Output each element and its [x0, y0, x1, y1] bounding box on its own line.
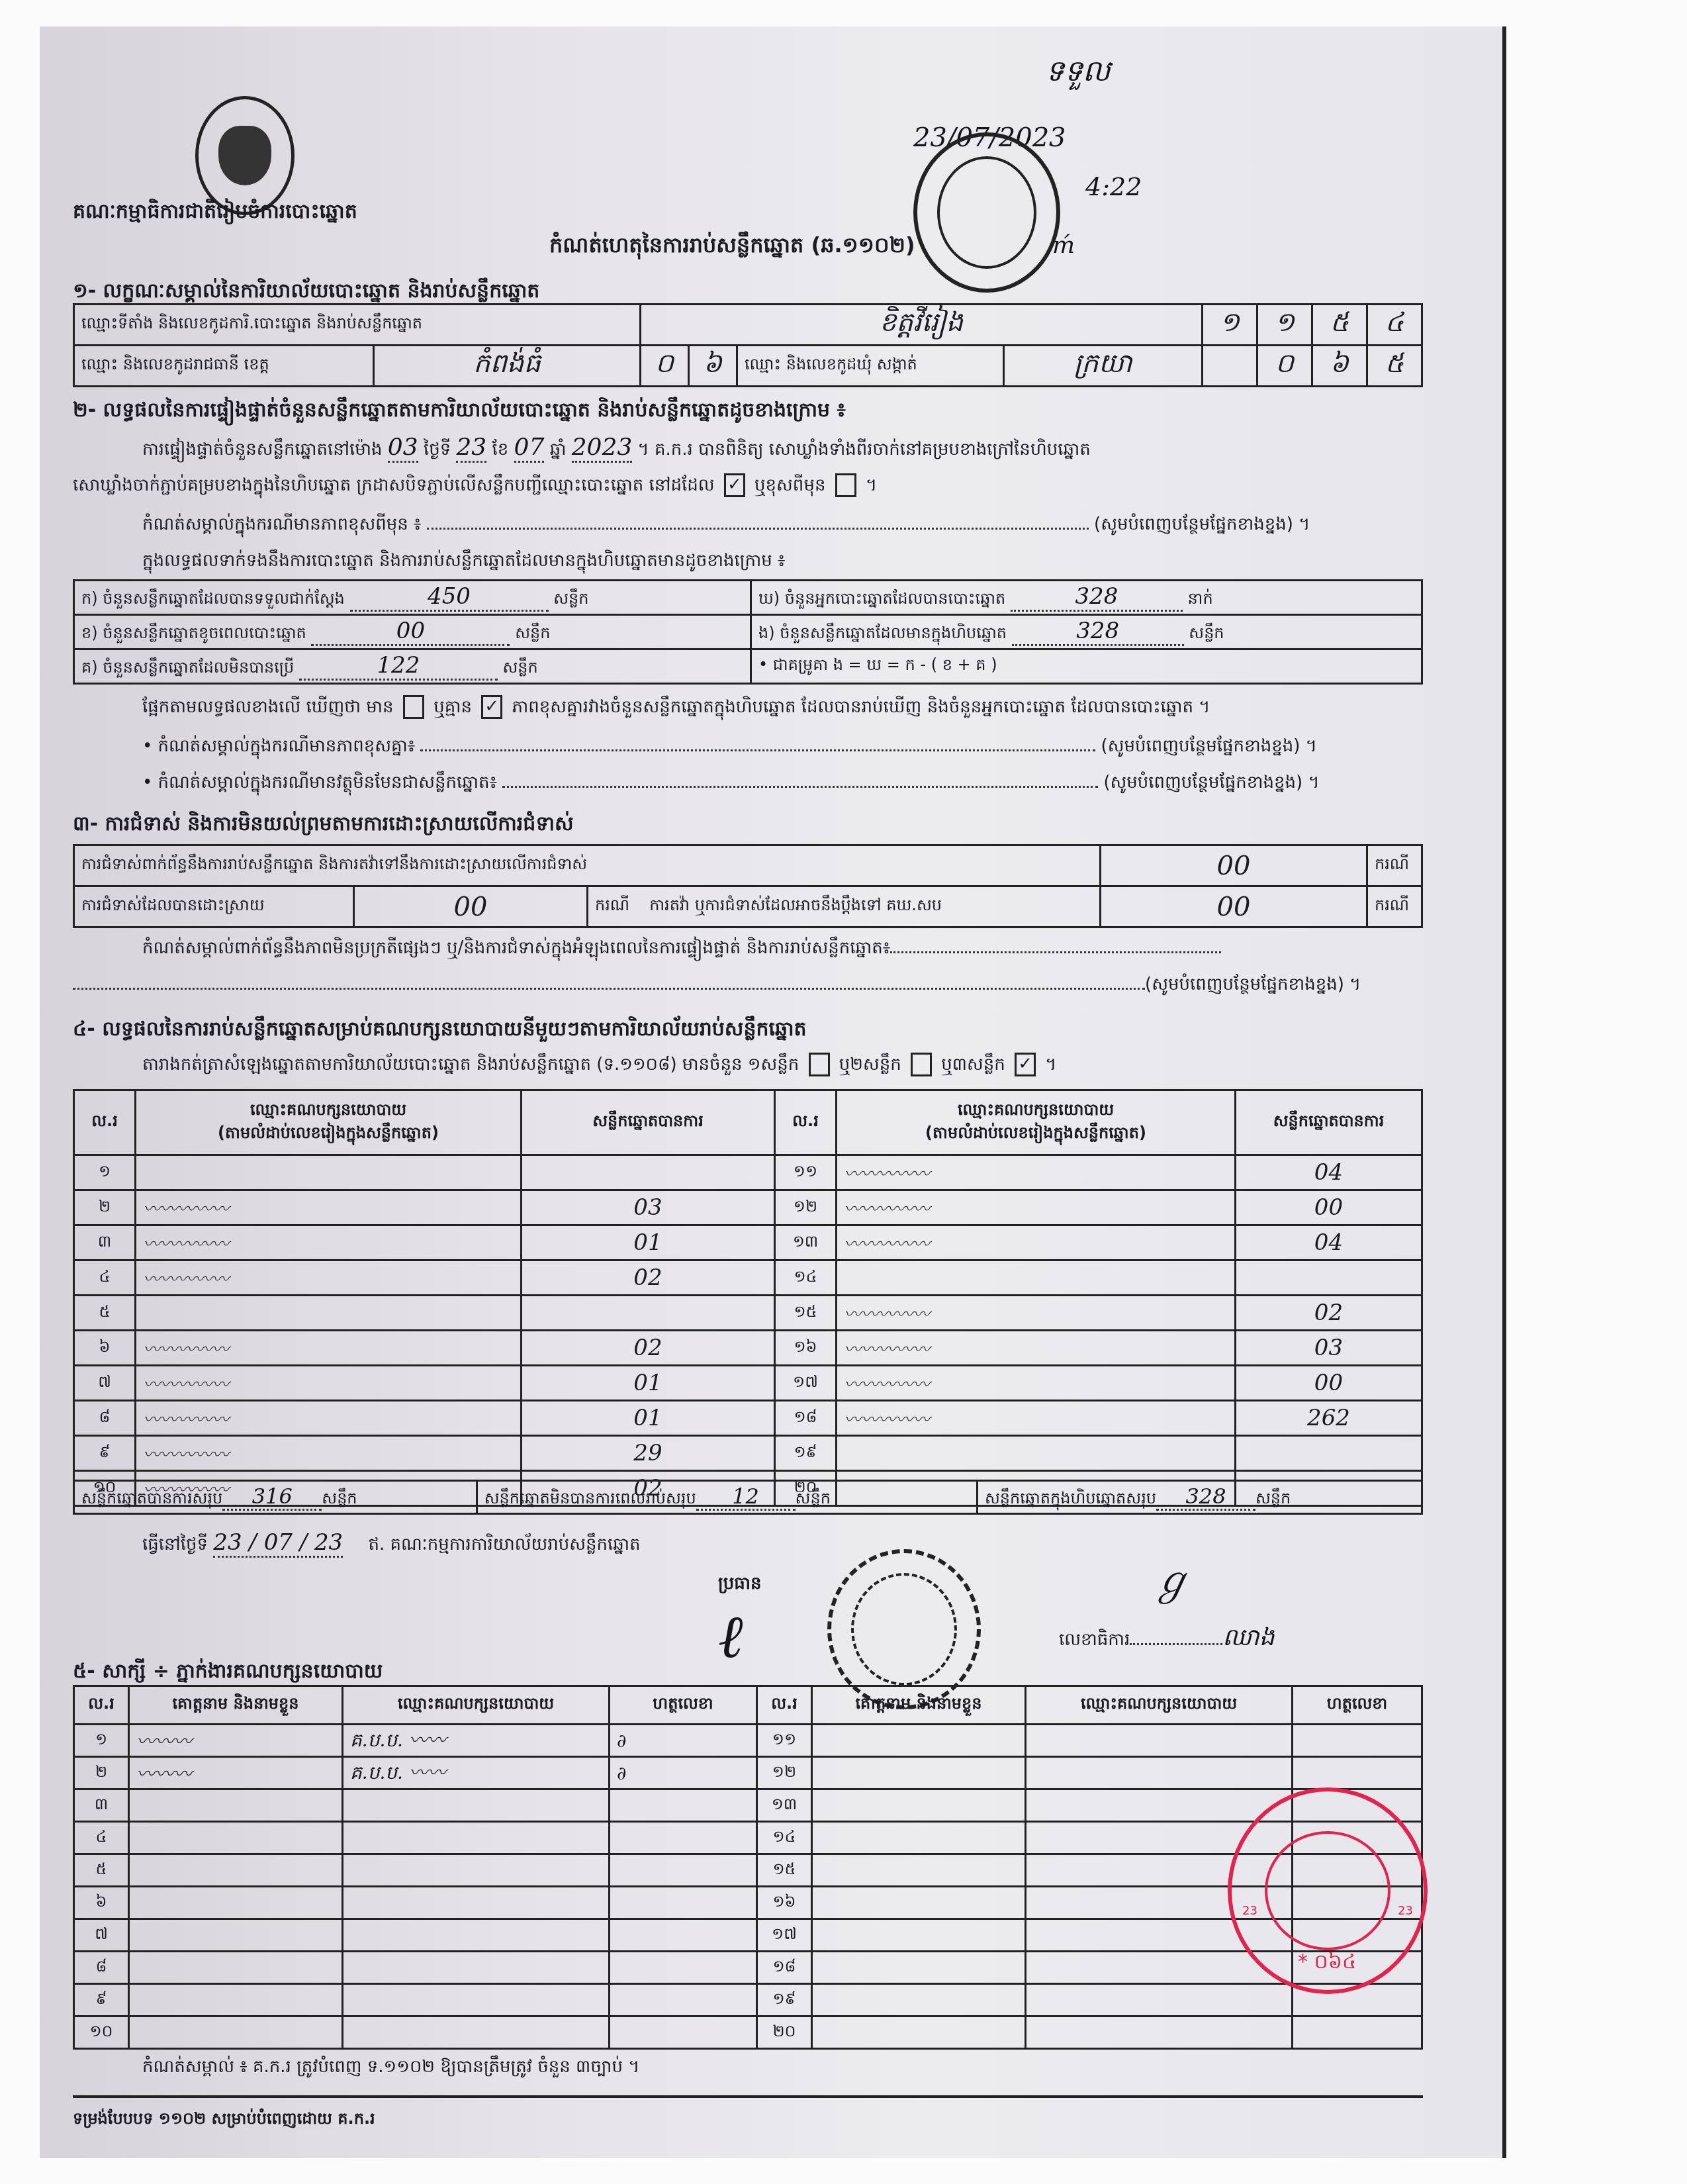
verification-text: ការផ្ទៀងផ្ទាត់ចំនួនសន្លឹកឆ្នោតនៅម៉ោង [142, 440, 383, 459]
vote-count [1236, 1260, 1422, 1296]
page-edge [1502, 26, 1506, 2158]
party-name: 〰〰〰〰〰 [136, 1260, 522, 1296]
row-number: ១៦ [757, 1887, 812, 1919]
unit-label: ករណី [1367, 886, 1422, 927]
section4-heading: ៤- លទ្ធផលនៃការរាប់សន្លឹកឆ្នោតសម្រាប់គណបក… [73, 1016, 807, 1045]
party-name: 〰〰〰〰〰 [837, 1190, 1236, 1225]
party-name: 〰〰〰〰〰 [837, 1296, 1236, 1331]
vote-count: 02 [522, 1331, 775, 1366]
province-code-digit: ៦ [689, 346, 737, 387]
objections-label: ការជំទាស់ពាក់ព័ន្ធនឹងការរាប់សន្លឹកឆ្នោត … [74, 845, 1101, 886]
row-number: ៨ [74, 1401, 136, 1436]
row-number: ១ [74, 1155, 136, 1190]
date-value: 23 / 07 / 23 [213, 1529, 343, 1558]
witness-name [812, 1822, 1026, 1854]
row-number: ១១ [775, 1155, 837, 1190]
year-label: ឆ្នាំ [550, 440, 567, 459]
row-number: ១០ [74, 2017, 129, 2049]
different-checkbox[interactable] [835, 473, 856, 497]
party-name: 〰〰〰〰〰 [837, 1225, 1236, 1260]
witness-name [812, 1984, 1026, 2017]
fill-more-note: (សូមបំពេញបន្ថែមផ្នែកខាងខ្នង) ។ [1094, 514, 1310, 534]
row-number: ១៩ [757, 1984, 812, 2017]
month-field: 07 [514, 434, 545, 463]
row-number: ៣ [74, 1225, 136, 1260]
row-number: ១៣ [775, 1225, 837, 1260]
discrepancy-yes-checkbox[interactable] [403, 695, 424, 719]
witness-signature [610, 1854, 757, 1887]
row-number: ៨ [74, 1952, 129, 1984]
fill-more-note: (សូមបំពេញបន្ថែមផ្នែកខាងខ្នង) ។ [1103, 773, 1319, 792]
witness-name [129, 1854, 343, 1887]
party-name: 〰〰〰〰〰 [837, 1155, 1236, 1190]
count-e-label: ង) ចំនួនសន្លឹកឆ្នោតដែលមានក្នុងហិបឆ្នោត 3… [751, 615, 1422, 649]
witness-party [343, 1822, 610, 1854]
col-party: ឈ្មោះគណបក្សនយោបាយ [1026, 1686, 1293, 1725]
col-name: គោត្តនាម និងនាមខ្លួន [129, 1686, 343, 1725]
row-number: ១៤ [757, 1822, 812, 1854]
total-invalid-value: 12 [696, 1484, 796, 1511]
verification-line-1: ការផ្ទៀងផ្ទាត់ចំនួនសន្លឹកឆ្នោតនៅម៉ោង 03 … [142, 434, 1091, 463]
row-number: ៩ [74, 1436, 136, 1471]
witness-name [129, 1984, 343, 2017]
col-name: គោត្តនាម និងនាមខ្លួន [812, 1686, 1026, 1725]
objections-value: 00 [1101, 845, 1367, 886]
row-number: ៥ [74, 1854, 129, 1887]
objections-table: ការជំទាស់ពាក់ព័ន្ធនឹងការរាប់សន្លឹកឆ្នោត … [73, 844, 1423, 928]
formula: • ជាគម្រូគា ង = ឃ = ក - ( ខ + គ ) [751, 649, 1422, 684]
witness-party [343, 1887, 610, 1919]
stamp-number: 23 [1398, 1904, 1413, 1918]
sheet-count-line: តារាងកត់ត្រាសំឡេងឆ្នោតតាមការិយាល័យបោះឆ្ន… [142, 1053, 1056, 1078]
three-sheet-checkbox[interactable]: ✓ [1015, 1053, 1036, 1076]
commune-value: ក្រយា [1004, 346, 1203, 387]
irregularity-note: កំណត់សម្គាល់ពាក់ព័ន្ធនឹងភាពមិនប្រក្រតីផ្… [142, 937, 1426, 962]
hour-field: 03 [388, 434, 418, 463]
count-b-value: 00 [311, 618, 510, 646]
stamp-number: 23 [1242, 1904, 1257, 1918]
discrepancy-line: ផ្អែកតាមលទ្ធផលខាងលើ ឃើញថា មាន ឬគ្មាន ✓ ភ… [142, 695, 1210, 721]
three-sheet-label: ឬ៣សន្លឹក [941, 1055, 1005, 1074]
table-row: ៦១៦ [74, 1887, 1422, 1919]
vote-count [522, 1155, 775, 1190]
row-number: ៦ [74, 1887, 129, 1919]
commune-code-digit: ៦ [1312, 346, 1367, 387]
count-d-label: ឃ) ចំនួនអ្នកបោះឆ្នោតដែលបានបោះឆ្នោត 328 ន… [751, 581, 1422, 615]
party-name: 〰〰〰〰〰 [136, 1366, 522, 1401]
table-row: ៨〰〰〰〰〰01១៨〰〰〰〰〰262 [74, 1401, 1422, 1436]
table-row: ៧១៧ [74, 1919, 1422, 1952]
vote-count: 04 [1236, 1155, 1422, 1190]
year-field: 2023 [572, 434, 633, 463]
province-code-digit: ០ [641, 346, 689, 387]
vote-count: 29 [522, 1436, 775, 1471]
row-number: ១៩ [775, 1436, 837, 1471]
party-name: 〰〰〰〰〰 [837, 1366, 1236, 1401]
party-name [837, 1260, 1236, 1296]
witness-party: គ.ប.ប. 〰〰 [343, 1757, 610, 1789]
section2-heading: ២- លទ្ធផលនៃការផ្ទៀងផ្ទាត់ចំនួនសន្លឹកឆ្នោ… [73, 397, 846, 426]
code-digit: ៤ [1367, 305, 1422, 346]
appeal-label: ករណីការតវ៉ា ឬការជំទាស់ដែលអាចនឹងប្តឹងទៅ គ… [588, 886, 1101, 927]
witness-name [812, 1854, 1026, 1887]
table-row: ៩១៩ [74, 1984, 1422, 2017]
count-c-value: 122 [299, 652, 498, 681]
bullet-note-2: • កំណត់សម្គាល់ក្នុងករណីមានវត្ថុមិនមែនជាស… [142, 771, 1426, 796]
witness-signature [610, 2017, 757, 2049]
witness-party [1026, 1725, 1293, 1757]
witness-signature [610, 1952, 757, 1984]
secretary-signature: ℊ [1152, 1549, 1191, 1606]
party-name: 〰〰〰〰〰 [136, 1436, 522, 1471]
stamp-code: * ០៦៤ [1298, 1949, 1356, 1978]
counts-intro: ក្នុងលទ្ធផលទាក់ទងនឹងការបោះឆ្នោត និងការរា… [142, 549, 785, 575]
row-number: ១៧ [757, 1919, 812, 1952]
witness-name [129, 1789, 343, 1822]
witness-signature [1293, 1757, 1422, 1789]
date-line: ធ្វើនៅថ្ងៃទី 23 / 07 / 23 ឥ. គណៈកម្មការក… [142, 1529, 641, 1558]
col-signature: ហត្ថលេខា [1293, 1686, 1422, 1725]
vote-count: 01 [522, 1366, 775, 1401]
vote-count [1236, 1436, 1422, 1471]
witness-signature: ∂ [610, 1725, 757, 1757]
party-name [837, 1436, 1236, 1471]
location-value: ខិត្តវីរៀង [641, 305, 1203, 346]
seal-text: សោឃ្លាំងចាក់ភ្ជាប់គម្របខាងក្នុងនៃហិបឆ្នោ… [73, 475, 715, 495]
table-row: ២〰〰〰〰〰03១២〰〰〰〰〰00 [74, 1190, 1422, 1225]
col-party: ឈ្មោះគណបក្សនយោបាយ [343, 1686, 610, 1725]
discrepancy-text-2: ភាពខុសគ្នារវាងចំនួនសន្លឹកឆ្នោតក្នុងហិបឆ្… [512, 697, 1210, 717]
party-name [136, 1155, 522, 1190]
party-name: 〰〰〰〰〰 [837, 1401, 1236, 1436]
witness-party [343, 1984, 610, 2017]
commune-code-digit: ០ [1257, 346, 1312, 387]
president-signature: ℓ [718, 1602, 743, 1672]
official-stamp-top [913, 132, 1060, 293]
vote-count: 02 [1236, 1296, 1422, 1331]
received-time: 4:22 [1085, 172, 1142, 201]
witness-table: ល.រ គោត្តនាម និងនាមខ្លួន ឈ្មោះគណបក្សនយោប… [73, 1685, 1423, 2050]
table-row: ៥១៥ [74, 1854, 1422, 1887]
footer-form-note: ទម្រង់បែបបទ ១១០២ សម្រាប់បំពេញដោយ គ.ក.រ [73, 2109, 375, 2132]
different-label: ឬខុសពីមុន [754, 475, 825, 495]
row-number: ១៨ [775, 1401, 837, 1436]
total-invalid: សន្លឹកឆ្នោតមិនបានការពេលរាប់សរុប12សន្លឹក [477, 1481, 977, 1514]
vote-count: 262 [1236, 1401, 1422, 1436]
fill-more-note: (សូមបំពេញបន្ថែមផ្នែកខាងខ្នង) ។ [1145, 974, 1361, 994]
col-no: ល.រ [757, 1686, 812, 1725]
discrepancy-text: ផ្អែកតាមលទ្ធផលខាងលើ ឃើញថា មាន [142, 697, 394, 717]
vote-count: 03 [522, 1190, 775, 1225]
row-number: ១៣ [757, 1789, 812, 1822]
bullet-note-2-label: • កំណត់សម្គាល់ក្នុងករណីមានវត្ថុមិនមែនជាស… [142, 773, 497, 792]
col-party: ឈ្មោះគណបក្សនយោបាយ(តាមលំដាប់លេខរៀងក្នុងសន… [837, 1090, 1236, 1155]
row-number: ៥ [74, 1296, 136, 1331]
witness-signature [610, 1919, 757, 1952]
difference-note-label: កំណត់សម្គាល់ក្នុងករណីមានភាពខុសពីមុន ៖ [142, 514, 422, 534]
unit-label: ករណី [1367, 845, 1422, 886]
row-number: ១២ [757, 1757, 812, 1789]
committee-label: ឥ. គណៈកម្មការការិយាល័យរាប់សន្លឹកឆ្នោត [369, 1535, 641, 1554]
received-note: ទទួល [1046, 53, 1111, 95]
witness-name [812, 1887, 1026, 1919]
table-row: ១០២០ [74, 2017, 1422, 2049]
count-a-value: 450 [350, 583, 549, 612]
organization-name: គណៈកម្មាធិការជាតិរៀបចំការបោះឆ្នោត [73, 199, 357, 228]
row-number: ៩ [74, 1984, 129, 2017]
code-digit: ១ [1203, 305, 1257, 346]
table-row: ៩〰〰〰〰〰29១៩ [74, 1436, 1422, 1471]
red-official-stamp: 23 23 * ០៦៤ [1228, 1787, 1428, 1994]
witness-name [129, 1887, 343, 1919]
row-number: ១២ [775, 1190, 837, 1225]
witness-party [343, 2017, 610, 2049]
party-name: 〰〰〰〰〰 [136, 1331, 522, 1366]
party-name: 〰〰〰〰〰 [136, 1190, 522, 1225]
witness-signature [610, 1984, 757, 2017]
appeal-value: 00 [1101, 886, 1367, 927]
day-label: ថ្ងៃទី [424, 440, 451, 459]
witness-signature [1293, 2017, 1422, 2049]
one-sheet-checkbox[interactable] [809, 1053, 830, 1076]
code-digit: ៥ [1312, 305, 1367, 346]
row-number: ២០ [757, 2017, 812, 2049]
sheet-count-text: តារាងកត់ត្រាសំឡេងឆ្នោតតាមការិយាល័យបោះឆ្ន… [142, 1055, 799, 1074]
witness-party [343, 1952, 610, 1984]
witness-name [812, 1789, 1026, 1822]
col-no: ល.រ [775, 1090, 837, 1155]
table-row: ៦〰〰〰〰〰02១៦〰〰〰〰〰03 [74, 1331, 1422, 1366]
discrepancy-no-label: ឬគ្មាន [433, 697, 472, 717]
two-sheet-label: ឬ២សន្លឹក [839, 1055, 901, 1074]
date-label: ធ្វើនៅថ្ងៃទី [142, 1535, 208, 1554]
location-label: ឈ្មោះទីតាំង និងលេខកូដការិ.បោះឆ្នោត និងរា… [74, 305, 641, 346]
count-a-label: ក) ចំនួនសន្លឹកឆ្នោតដែលបានទទួលជាក់ស្តែង 4… [74, 581, 751, 615]
total-box-value: 328 [1156, 1484, 1255, 1511]
section5-heading: ៥- សាក្សី ÷ ភ្នាក់ងារគណបក្សនយោបាយ [73, 1658, 383, 1687]
col-party: ឈ្មោះគណបក្សនយោបាយ(តាមលំដាប់លេខរៀងក្នុងសន… [136, 1090, 522, 1155]
witness-name [129, 1822, 343, 1854]
day-field: 23 [456, 434, 486, 463]
emblem-icon [195, 96, 295, 215]
witness-note: កំណត់សម្គាល់ ៖ គ.ក.រ ត្រូវបំពេញ ទ.១១០២ ឱ… [142, 2056, 639, 2081]
witness-name [812, 2017, 1026, 2049]
table-row: ២〰〰〰គ.ប.ប. 〰〰∂១២ [74, 1757, 1422, 1789]
witness-name [812, 1757, 1026, 1789]
table-row: ៤〰〰〰〰〰02១៤ [74, 1260, 1422, 1296]
witness-party [1026, 1984, 1293, 2017]
witness-party [1026, 2017, 1293, 2049]
row-number: ១៨ [757, 1952, 812, 1984]
witness-party [1026, 1757, 1293, 1789]
witness-party [1026, 1789, 1293, 1822]
witness-name [812, 1919, 1026, 1952]
witness-signature [1293, 1725, 1422, 1757]
col-votes: សន្លឹកឆ្នោតបានការ [1236, 1090, 1422, 1155]
province-value: កំពង់ធំ [374, 346, 641, 387]
vote-count: 03 [1236, 1331, 1422, 1366]
location-table: ឈ្មោះទីតាំង និងលេខកូដការិ.បោះឆ្នោត និងរា… [73, 303, 1423, 387]
row-number: ១១ [757, 1725, 812, 1757]
vote-count: 01 [522, 1401, 775, 1436]
verification-text-2: ។ គ.ក.រ បានពិនិត្យ សោឃ្លាំងទាំងពីរចាក់នៅ… [638, 440, 1091, 459]
province-label: ឈ្មោះ និងលេខកូដរាជធានី ខេត្ត [74, 346, 374, 387]
footer-divider [73, 2095, 1423, 2098]
row-number: ៧ [74, 1366, 136, 1401]
code-digit: ១ [1257, 305, 1312, 346]
month-label: ខែ [492, 440, 509, 459]
witness-signature [610, 1887, 757, 1919]
witness-party: គ.ប.ប. 〰〰 [343, 1725, 610, 1757]
row-number: ៦ [74, 1331, 136, 1366]
irregularity-note-label: កំណត់សម្គាល់ពាក់ព័ន្ធនឹងភាពមិនប្រក្រតីផ្… [142, 938, 890, 958]
counts-table: ក) ចំនួនសន្លឹកឆ្នោតដែលបានទទួលជាក់ស្តែង 4… [73, 579, 1423, 685]
witness-name: 〰〰〰 [129, 1757, 343, 1789]
secretary-label: លេខាធិការឈាង [1059, 1622, 1275, 1657]
total-valid: សន្លឹកឆ្នោតបានការសរុប316សន្លឹក [74, 1481, 477, 1514]
intact-checkbox[interactable]: ✓ [724, 473, 745, 497]
table-row: ៥១៥〰〰〰〰〰02 [74, 1296, 1422, 1331]
party-name: 〰〰〰〰〰 [837, 1331, 1236, 1366]
table-row: ៧〰〰〰〰〰01១៧〰〰〰〰〰00 [74, 1366, 1422, 1401]
difference-note: កំណត់សម្គាល់ក្នុងករណីមានភាពខុសពីមុន ៖ (ស… [142, 513, 1426, 538]
witness-party [343, 1919, 610, 1952]
received-signature: ḿ [1052, 232, 1075, 259]
two-sheet-checkbox[interactable] [911, 1053, 932, 1076]
witness-signature [610, 1822, 757, 1854]
vote-count: 02 [522, 1260, 775, 1296]
witness-party [343, 1854, 610, 1887]
table-row: ៣១៣ [74, 1789, 1422, 1822]
vote-count: 04 [1236, 1225, 1422, 1260]
witness-name [129, 2017, 343, 2049]
row-number: ៧ [74, 1919, 129, 1952]
count-b-label: ខ) ចំនួនសន្លឹកឆ្នោតខូចពេលបោះឆ្នោត 00 សន្… [74, 615, 751, 649]
row-number: ១៥ [775, 1296, 837, 1331]
vote-count [522, 1296, 775, 1331]
row-number: ៣ [74, 1789, 129, 1822]
total-valid-value: 316 [222, 1484, 322, 1511]
count-c-label: គ) ចំនួនសន្លឹកឆ្នោតដែលមិនបានប្រើ 122 សន្… [74, 649, 751, 684]
row-number: ៤ [74, 1260, 136, 1296]
section3-heading: ៣- ការជំទាស់ និងការមិនយល់ព្រមតាមការដោះស្… [73, 811, 574, 840]
witness-name [812, 1725, 1026, 1757]
col-no: ល.រ [74, 1686, 129, 1725]
row-number: ១៦ [775, 1331, 837, 1366]
results-table: ល.រ ឈ្មោះគណបក្សនយោបាយ(តាមលំដាប់លេខរៀងក្ន… [73, 1089, 1423, 1507]
totals-table: សន្លឹកឆ្នោតបានការសរុប316សន្លឹក សន្លឹកឆ្ន… [73, 1480, 1423, 1515]
verification-line-2: សោឃ្លាំងចាក់ភ្ជាប់គម្របខាងក្នុងនៃហិបឆ្នោ… [73, 473, 877, 499]
commune-label: ឈ្មោះ និងលេខកូដឃុំ សង្កាត់ [737, 346, 1004, 387]
table-row: ៤១៤ [74, 1822, 1422, 1854]
party-name: 〰〰〰〰〰 [136, 1225, 522, 1260]
bullet-note-1-label: • កំណត់សម្គាល់ក្នុងករណីមានភាពខុសគ្នា៖ [142, 736, 415, 756]
witness-name [129, 1952, 343, 1984]
party-name: 〰〰〰〰〰 [136, 1401, 522, 1436]
resolved-value: 00 [354, 886, 588, 927]
row-number: ១៧ [775, 1366, 837, 1401]
vote-count: 00 [1236, 1366, 1422, 1401]
president-label: ប្រធាន [718, 1572, 762, 1597]
witness-name [812, 1952, 1026, 1984]
row-number: ២ [74, 1190, 136, 1225]
table-row: ៨១៨ [74, 1952, 1422, 1984]
resolved-label: ការជំទាស់ដែលបានដោះស្រាយ [74, 886, 354, 927]
row-number: ១៤ [775, 1260, 837, 1296]
form-title: កំណត់ហេតុនៃការរាប់សន្លឹកឆ្នោត (ឆ.១១០២) [549, 232, 915, 263]
witness-party [343, 1789, 610, 1822]
count-d-value: 328 [1011, 583, 1183, 612]
row-number: ២ [74, 1757, 129, 1789]
witness-signature: ∂ [610, 1757, 757, 1789]
col-no: ល.រ [74, 1090, 136, 1155]
row-number: ១៥ [757, 1854, 812, 1887]
witness-signature [610, 1789, 757, 1822]
row-number: ៤ [74, 1822, 129, 1854]
count-e-value: 328 [1012, 618, 1184, 646]
vote-count: 00 [1236, 1190, 1422, 1225]
irregularity-note-2: (សូមបំពេញបន្ថែមផ្នែកខាងខ្នង) ។ [73, 973, 1423, 998]
row-number: ១ [74, 1725, 129, 1757]
fill-more-note: (សូមបំពេញបន្ថែមផ្នែកខាងខ្នង) ។ [1101, 736, 1317, 756]
vote-count: 01 [522, 1225, 775, 1260]
total-box: សន្លឹកឆ្នោតក្នុងហិបឆ្នោតសរុប328សន្លឹក [978, 1481, 1422, 1514]
witness-name: 〰〰〰 [129, 1725, 343, 1757]
table-row: ១〰〰〰គ.ប.ប. 〰〰∂១១ [74, 1725, 1422, 1757]
table-row: ១១១〰〰〰〰〰04 [74, 1155, 1422, 1190]
col-votes: សន្លឹកឆ្នោតបានការ [522, 1090, 775, 1155]
party-name [136, 1296, 522, 1331]
witness-name [129, 1919, 343, 1952]
col-signature: ហត្ថលេខា [610, 1686, 757, 1725]
bullet-note-1: • កំណត់សម្គាល់ក្នុងករណីមានភាពខុសគ្នា៖ (ស… [142, 735, 1426, 760]
discrepancy-no-checkbox[interactable]: ✓ [481, 695, 502, 719]
table-row: ៣〰〰〰〰〰01១៣〰〰〰〰〰04 [74, 1225, 1422, 1260]
commune-code-digit: ៥ [1367, 346, 1422, 387]
